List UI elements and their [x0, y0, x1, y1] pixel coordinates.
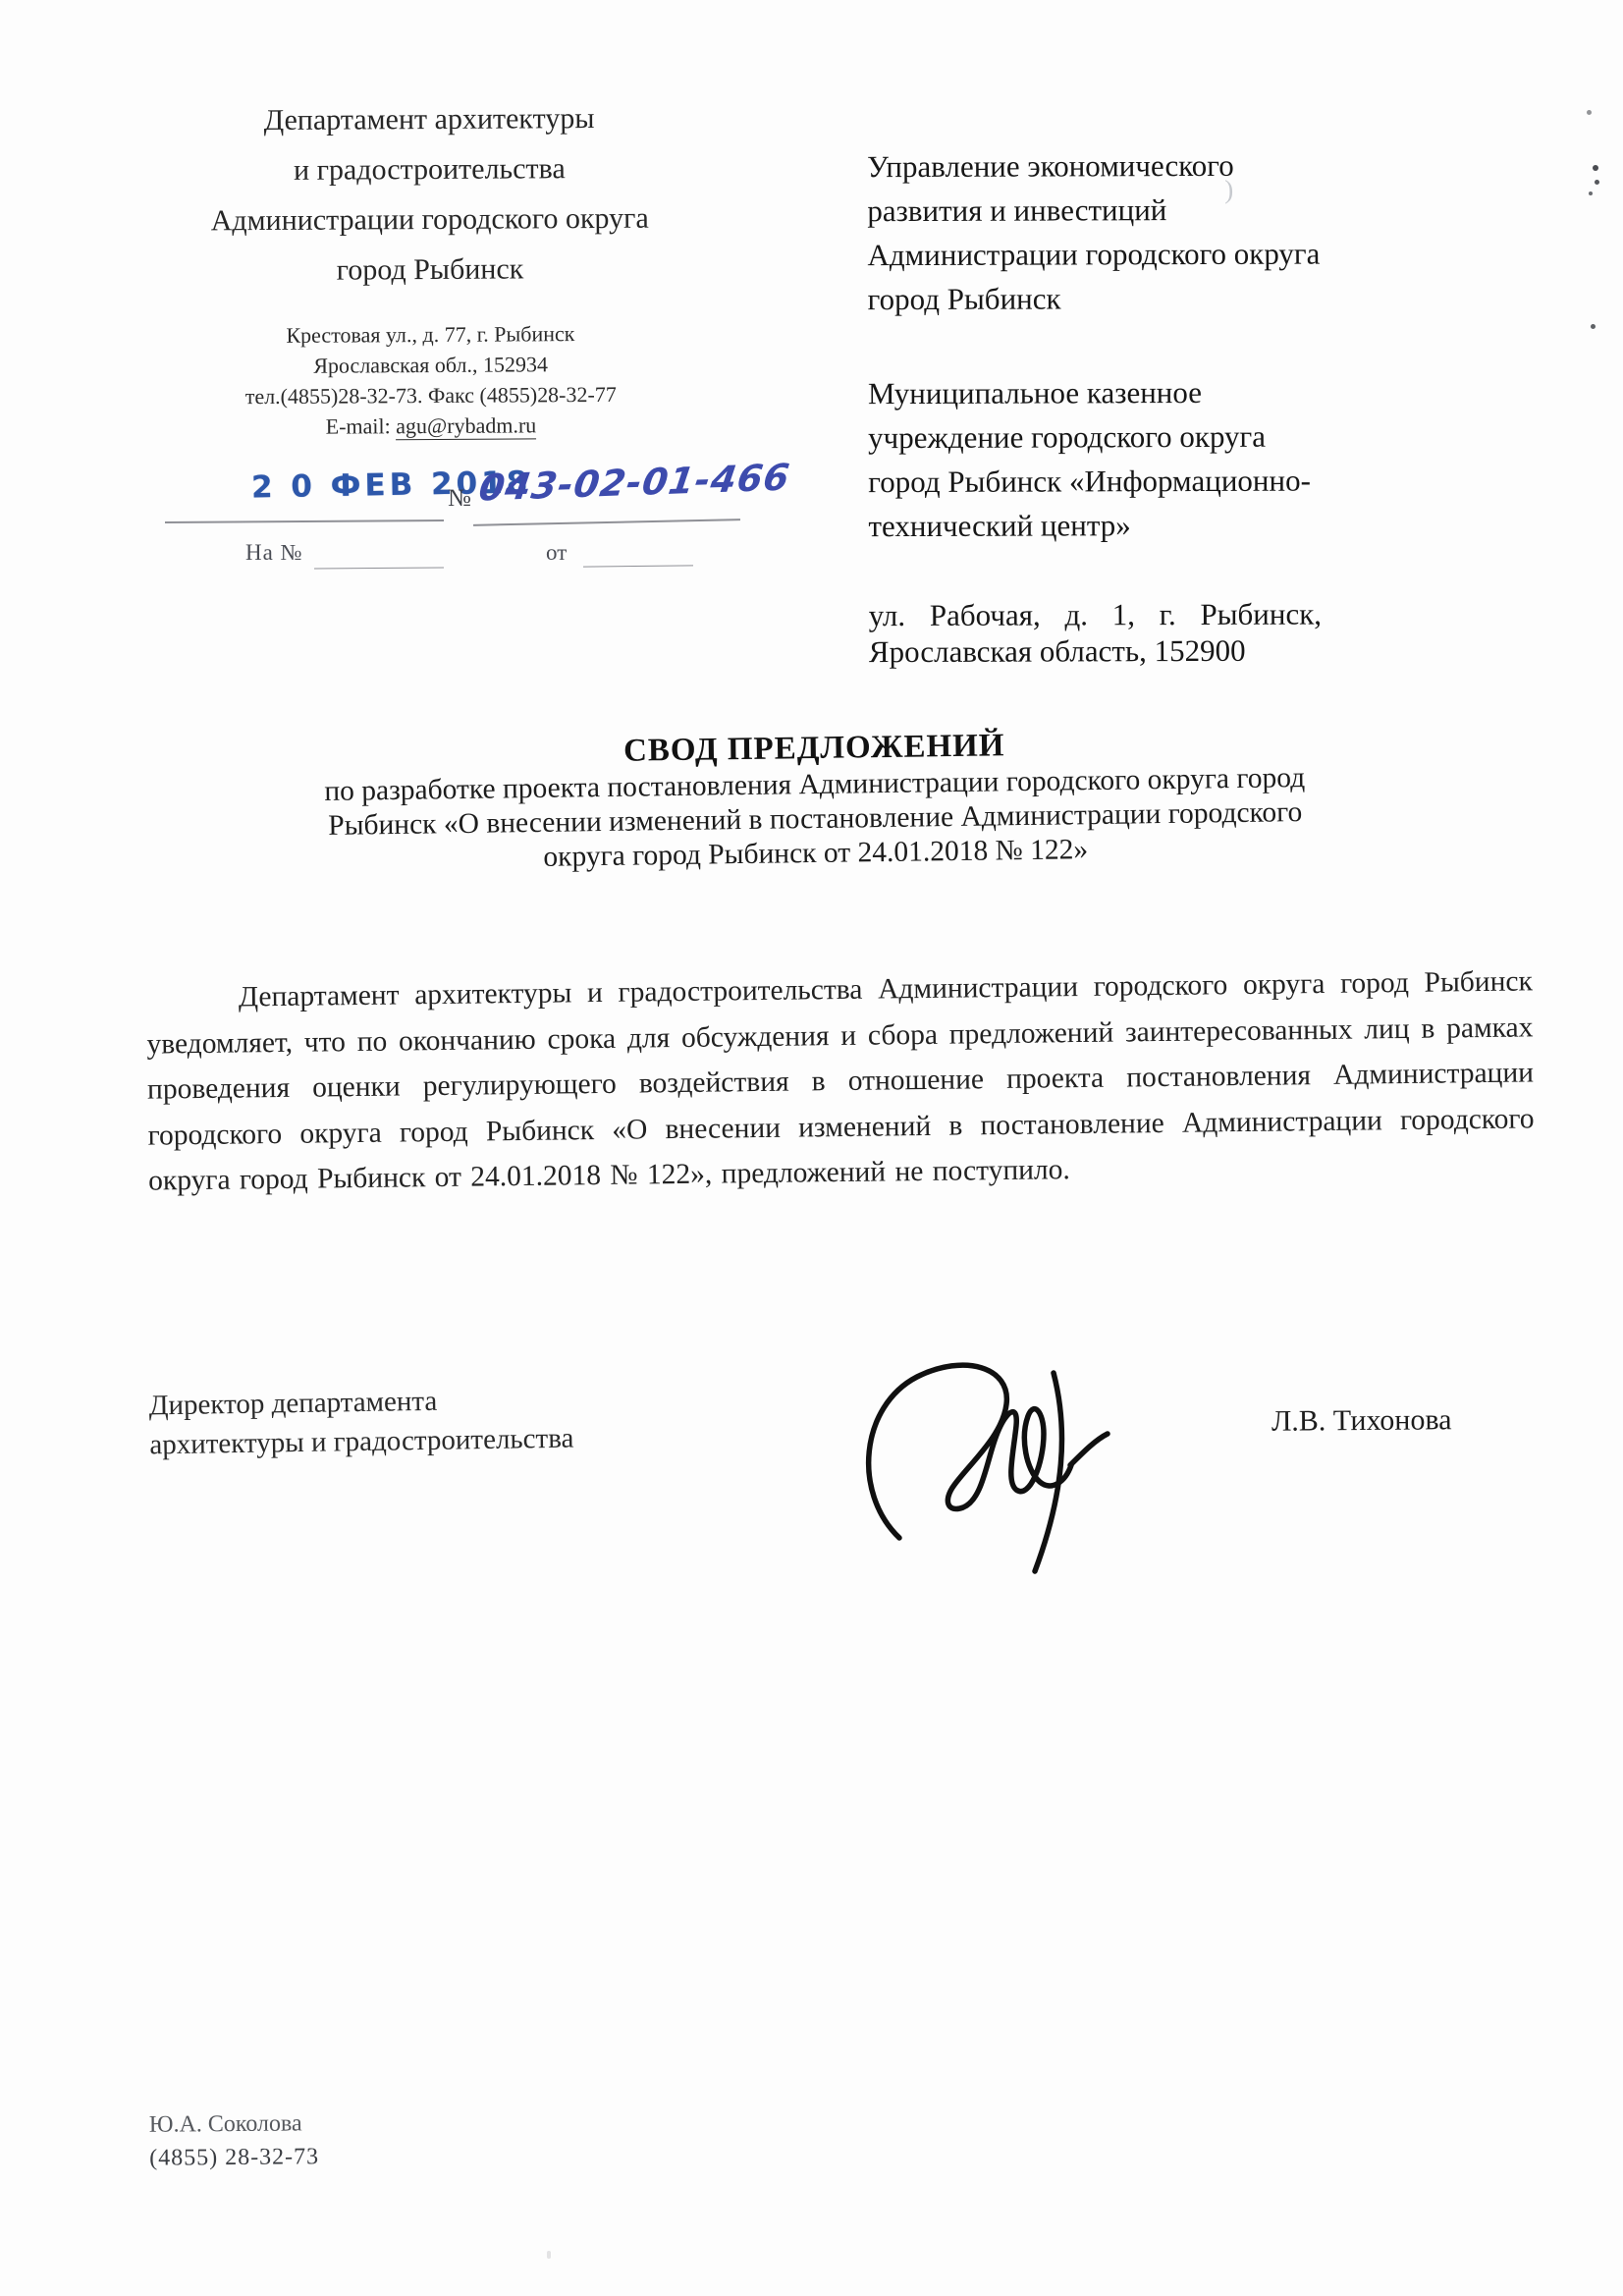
reference-row: На № от	[0, 530, 884, 579]
scan-speck	[1591, 324, 1596, 329]
scan-speck	[1587, 110, 1592, 115]
sender-block: Департамент архитектуры и градостроитель…	[144, 92, 716, 443]
registration-stamp-row: 2 0 ФЕВ 2018 № 043-02-01-466	[145, 460, 764, 530]
executor-block: Ю.А. Соколова (4855) 28-32-73	[149, 2106, 320, 2175]
number-sign: №	[448, 485, 471, 513]
body-paragraph: Департамент архитектуры и градостроитель…	[146, 958, 1536, 1204]
title-block: СВОД ПРЕДЛОЖЕНИЙ по разработке проекта п…	[117, 719, 1513, 881]
ref-date-blank	[583, 565, 693, 567]
recipient-line: Управление экономического	[867, 142, 1515, 189]
scan-speck	[1595, 180, 1599, 185]
recipient-line: развития и инвестиций	[867, 187, 1515, 233]
recipient-line: город Рыбинск «Информационно-	[868, 458, 1516, 504]
spacer	[868, 319, 1516, 371]
scanned-letter-page: Департамент архитектуры и градостроитель…	[0, 0, 1623, 2296]
recipient-address-line: Ярославская область, 152900	[869, 631, 1517, 670]
ref-from-label: от	[546, 540, 567, 566]
sender-org-line: Администрации городского округа	[145, 192, 715, 246]
ref-number-blank	[314, 568, 444, 570]
signature-stroke	[860, 1343, 1164, 1579]
scan-speck	[1589, 191, 1593, 195]
recipient-line: учреждение городского округа	[868, 413, 1516, 460]
scan-artifact-bracket: )	[1224, 175, 1233, 205]
executor-name: Ю.А. Соколова	[149, 2106, 319, 2142]
sender-org-line: город Рыбинск	[145, 243, 715, 297]
outgoing-number-handwritten: 043-02-01-466	[476, 456, 792, 509]
sender-org-line: Департамент архитектуры	[144, 92, 714, 146]
recipient-line: Администрации городского округа	[867, 231, 1515, 277]
signatory-name: Л.В. Тихонова	[1271, 1403, 1452, 1439]
sender-address: Крестовая ул., д. 77, г. Рыбинск Ярослав…	[145, 317, 716, 443]
recipient-line: Муниципальное казенное	[868, 369, 1516, 415]
sender-email-line: E-mail: agu@rybadm.ru	[146, 409, 716, 443]
email-address: agu@rybadm.ru	[396, 412, 536, 440]
spacer	[869, 546, 1517, 597]
recipient-line: технический центр»	[868, 502, 1516, 548]
sender-org-line: и градостроительства	[144, 142, 714, 196]
signatory-position-line: Директор департамента	[148, 1380, 573, 1426]
sender-address-line: Крестовая ул., д. 77, г. Рыбинск	[145, 317, 715, 352]
date-blank-line	[165, 519, 444, 523]
scan-speck	[547, 2251, 551, 2259]
number-blank-line	[473, 519, 740, 526]
sender-address-line: Ярославская обл., 152934	[146, 348, 716, 382]
scan-speck	[1593, 165, 1598, 171]
recipient-line: город Рыбинск	[868, 275, 1516, 321]
signatory-position-line: архитектуры и градостроительства	[149, 1419, 574, 1465]
email-label: E-mail:	[326, 413, 391, 438]
recipients-block: Управление экономического развития и инв…	[867, 142, 1517, 670]
ref-label: На №	[245, 540, 303, 566]
sender-address-line: тел.(4855)28-32-73. Факс (4855)28-32-77	[146, 378, 716, 412]
recipient-address-line: ул. Рабочая, д. 1, г. Рыбинск,	[869, 595, 1517, 633]
signatory-position: Директор департамента архитектуры и град…	[148, 1380, 573, 1465]
executor-phone: (4855) 28-32-73	[149, 2140, 319, 2175]
